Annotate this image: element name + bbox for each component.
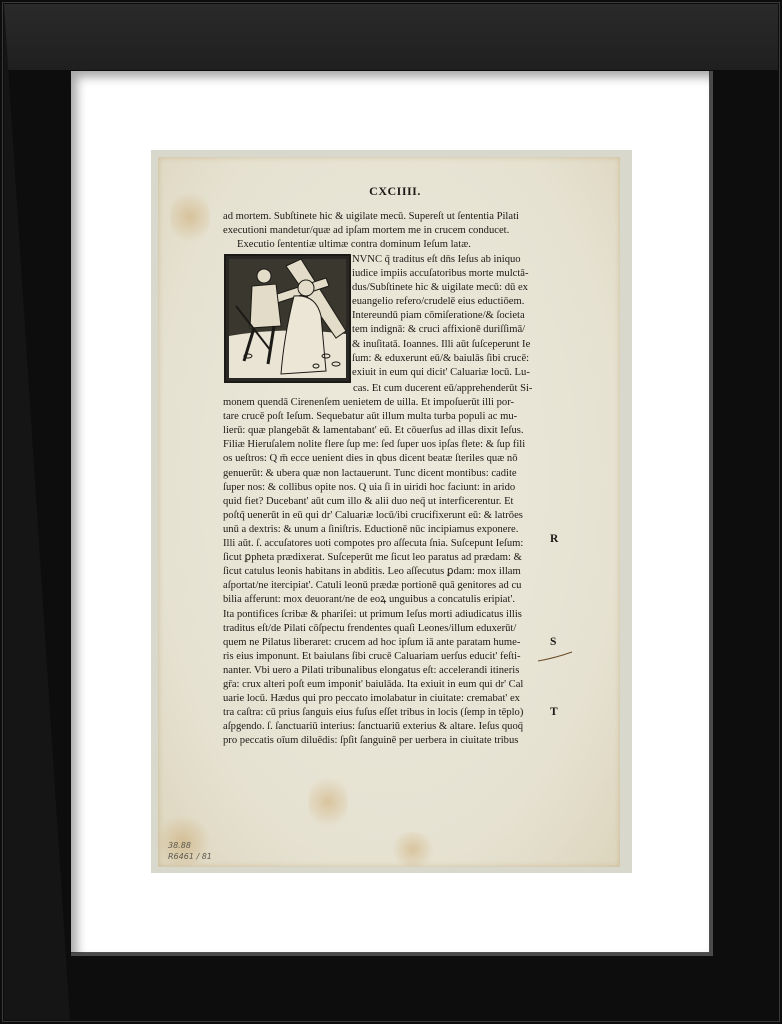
foxing-stain bbox=[388, 832, 438, 867]
text-line: iudice impiis accuſatoribus morte mulctā… bbox=[352, 267, 536, 281]
text-beside-woodcut: NVNC q̄ traditus eſt dn̄s Ieſus ab iniqu… bbox=[352, 253, 536, 380]
text-line: lierū: quæ plangebāt & lamentabant' eū. … bbox=[223, 424, 535, 438]
text-block-top: ad mortem. Subſtinete hic & uigilate mec… bbox=[223, 210, 535, 252]
pencil-inscription: 38.88 R6461 / 81 bbox=[168, 840, 212, 862]
text-line: Intereundū piam cōmiſeratione/& ſocieta bbox=[352, 309, 536, 323]
text-line: Ita pontifices ſcribæ & phariſei: ut pri… bbox=[223, 608, 535, 622]
text-line: unū a dextris: & unum a ſiniſtris. Educt… bbox=[223, 523, 535, 537]
text-line: executioni mandetur/quæ ad ipſam mortem … bbox=[223, 224, 535, 238]
text-line: gr̄a: crux alteri poſt eum imponit' baiu… bbox=[223, 678, 535, 692]
inscription-line: 38.88 bbox=[168, 840, 212, 851]
text-line: cas. Et cum ducerent eū/apprehenderūt Si… bbox=[223, 382, 535, 396]
frame-left-bevel bbox=[4, 4, 70, 1020]
text-line: nanter. Vbi uero a Pilati tribunalibus e… bbox=[223, 664, 535, 678]
text-line: ſuper nos: & collibus opite nos. Q uia ſ… bbox=[223, 481, 535, 495]
marginal-letter-t: T bbox=[550, 706, 558, 718]
text-line: quid fiet? Ducebant' aūt cum illo & alii… bbox=[223, 495, 535, 509]
christ-carrying-cross-image bbox=[226, 256, 349, 381]
pencil-stroke-mark bbox=[537, 650, 573, 664]
text-line: Filiæ Hieruſalem nolite flere ſup me: ſe… bbox=[223, 438, 535, 452]
text-line: bilia afferunt: mox deuorant/ne de eoꝝ u… bbox=[223, 593, 535, 607]
text-line: euangelio refero/crudelē eius eductiōem. bbox=[352, 295, 536, 309]
text-line: ſicut ꝑpheta prædixerat. Suſceperūt me ſ… bbox=[223, 551, 535, 565]
text-line: tare crucē poſt Ieſum. Sequebatur aūt il… bbox=[223, 410, 535, 424]
inscription-line: R6461 / 81 bbox=[168, 851, 212, 862]
text-line: aſpgendo. ſ. ſanctuariū interius: ſanctu… bbox=[223, 720, 535, 734]
text-line: ris eius imponunt. Et baiulans ſibi cruc… bbox=[223, 650, 535, 664]
text-line: ſum: & eduxerunt eū/& baiulās ſibi crucē… bbox=[352, 352, 536, 366]
text-line: monem quendā Cirenenſem uenietem de uill… bbox=[223, 396, 535, 410]
text-line: uarie locū. Hædus qui pro peccato imolab… bbox=[223, 692, 535, 706]
folio-number: CXCIIII. bbox=[365, 184, 425, 199]
marginal-letter-s: S bbox=[550, 636, 556, 648]
woodcut-illustration bbox=[224, 254, 351, 383]
text-line: ſicut catulus leonis habitans in abditis… bbox=[223, 565, 535, 579]
text-line: genuerūt: & ubera quæ non lactauerunt. T… bbox=[223, 467, 535, 481]
text-line: NVNC q̄ traditus eſt dn̄s Ieſus ab iniqu… bbox=[352, 253, 536, 267]
text-line: Illi aūt. ſ. accuſatores uoti compotes p… bbox=[223, 537, 535, 551]
text-line: dus/Subſtinete hic & uigilate mecū: dū e… bbox=[352, 281, 536, 295]
text-line: tem indignā: & cruci affixionē duriſſimā… bbox=[352, 323, 536, 337]
section-heading: Executio ſententiæ ultimæ contra dominum… bbox=[223, 238, 535, 252]
foxing-stain bbox=[170, 187, 210, 247]
text-line: exiuit in eum qui dicit' Caluariæ locū. … bbox=[352, 366, 536, 380]
marginal-letter-r: R bbox=[550, 533, 558, 545]
text-line: poſtq̄ uenerūt in eū qui dr' Caluariæ lo… bbox=[223, 509, 535, 523]
text-line: tra caſtra: cū prius ſanguis eius fuſus … bbox=[223, 706, 535, 720]
text-line: ad mortem. Subſtinete hic & uigilate mec… bbox=[223, 210, 535, 224]
text-line: pro peccatis oīum diluēdis: ſpſit ſangui… bbox=[223, 734, 535, 748]
frame-top-bevel bbox=[4, 4, 778, 70]
foxing-stain bbox=[308, 772, 348, 832]
text-line: & inuſitatā. Ioannes. Illi aūt ſuſceperu… bbox=[352, 338, 536, 352]
text-line: aſportat/ne itercipiat'. Catuli leonū pr… bbox=[223, 579, 535, 593]
text-block-body: cas. Et cum ducerent eū/apprehenderūt Si… bbox=[223, 382, 535, 748]
text-line: quem ne Pilatus liberaret: crucem ad hoc… bbox=[223, 636, 535, 650]
text-line: os ueſtros: Q m̄ ecce uenient dies in qb… bbox=[223, 452, 535, 466]
text-line: traditus eſt/de Pilati cōſpectu frendent… bbox=[223, 622, 535, 636]
